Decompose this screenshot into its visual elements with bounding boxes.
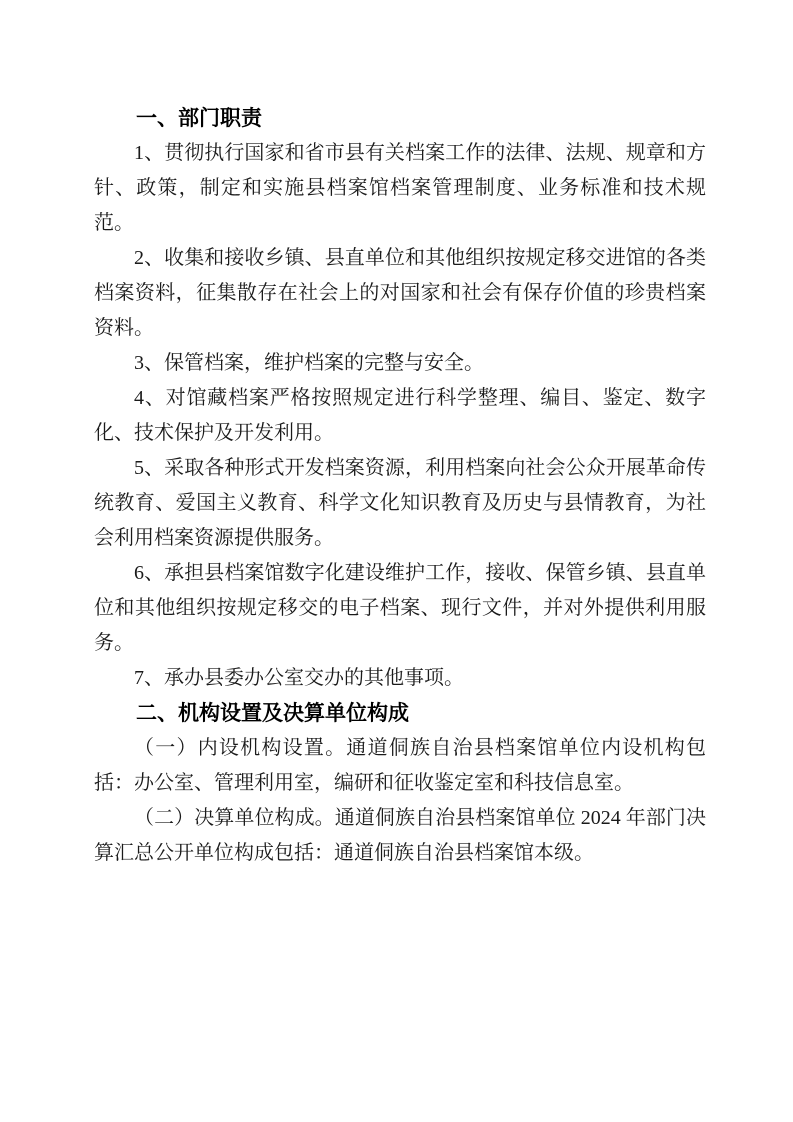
duty-paragraph-7: 7、承办县委办公室交办的其他事项。 [94,661,706,696]
duty-paragraph-6: 6、承担县档案馆数字化建设维护工作，接收、保管乡镇、县直单位和其他组织按规定移交… [94,556,706,661]
heading-org-structure: 二、机构设置及决算单位构成 [94,696,706,731]
document-content: 一、部门职责 1、贯彻执行国家和省市县有关档案工作的法律、法规、规章和方针、政策… [94,101,706,871]
duty-paragraph-2: 2、收集和接收乡镇、县直单位和其他组织按规定移交进馆的各类档案资料，征集散存在社… [94,241,706,346]
document-page: 一、部门职责 1、贯彻执行国家和省市县有关档案工作的法律、法规、规章和方针、政策… [0,0,793,1122]
org-paragraph-budget-units: （二）决算单位构成。通道侗族自治县档案馆单位 2024 年部门决算汇总公开单位构… [94,801,706,871]
duty-paragraph-4: 4、对馆藏档案严格按照规定进行科学整理、编目、鉴定、数字化、技术保护及开发利用。 [94,381,706,451]
org-paragraph-internal-structure: （一）内设机构设置。通道侗族自治县档案馆单位内设机构包括：办公室、管理利用室，编… [94,731,706,801]
duty-paragraph-5: 5、采取各种形式开发档案资源，利用档案向社会公众开展革命传统教育、爱国主义教育、… [94,451,706,556]
duty-paragraph-1: 1、贯彻执行国家和省市县有关档案工作的法律、法规、规章和方针、政策，制定和实施县… [94,136,706,241]
heading-department-duties: 一、部门职责 [94,101,706,136]
duty-paragraph-3: 3、保管档案，维护档案的完整与安全。 [94,346,706,381]
